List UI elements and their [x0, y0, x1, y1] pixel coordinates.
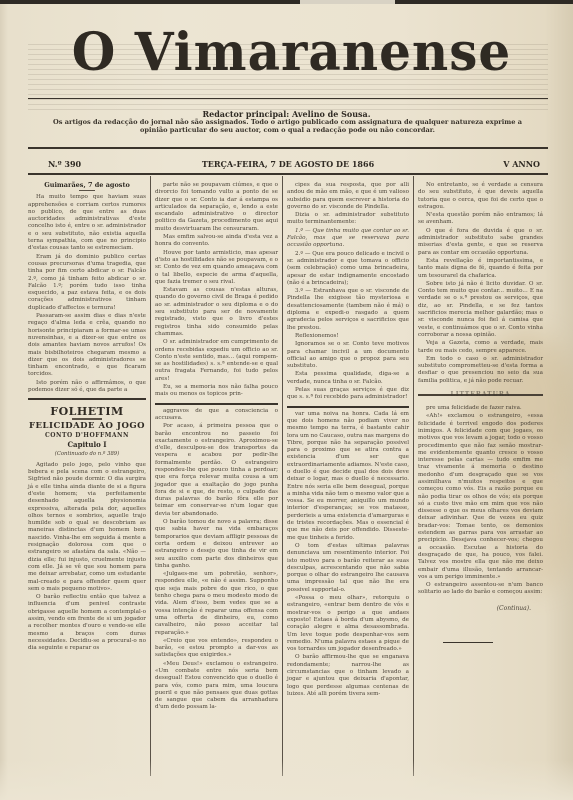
dateline-bottom-rule: [28, 173, 548, 175]
folhetim-rule: [28, 398, 146, 400]
story-paragraph: pre uma felicidade de fazer raiva.: [418, 405, 543, 412]
article-paragraph: cipes da sua resposta, que por alli ando…: [287, 182, 409, 211]
heading-dash: [79, 190, 95, 191]
masthead-rule: [28, 98, 548, 99]
article-paragraph: Esta revellação é importantissima, e tan…: [418, 258, 543, 280]
story-paragraph: «Ah!» exclamou o estrangeiro, «essa feli…: [418, 413, 543, 581]
column-divider: [150, 176, 151, 776]
story-paragraph: O barão tomou de novo a palavra; disse q…: [155, 519, 278, 570]
column-3: cipes da sua resposta, que por alli ando…: [287, 182, 409, 699]
article-paragraph: Reflexionemos!: [287, 333, 409, 340]
article-paragraph: Isto porém não o affirmâmos, o que podem…: [28, 380, 146, 395]
article-paragraph: Esta pessima qualidade, diga-se a verdad…: [287, 371, 409, 386]
story-paragraph: O barão affirmou-lhe que se enganava red…: [287, 654, 409, 698]
dateline-top-rule: [28, 147, 548, 149]
story-paragraph: var uma noiva na honra. Cada lá em que d…: [287, 411, 409, 542]
dateline: N.º 390 TERÇA-FEIRA, 7 DE AGOSTO DE 1866…: [28, 159, 548, 171]
article-paragraph: Ha muito tempo que haviam suas apprehens…: [28, 194, 146, 252]
bottom-margin: [0, 760, 573, 800]
story-paragraph: aggravos de que a consciencia o accusava…: [155, 408, 278, 423]
issue-year: V ANNO: [503, 159, 540, 169]
story-subtitle: CONTO D'HOFFMANN: [28, 432, 146, 439]
article-paragraph: 3.º — Estranhava que o sr. visconde de P…: [287, 288, 409, 332]
article-paragraph: N'esta questão porém não entramos; lá se…: [418, 212, 543, 227]
story-title: FELICIDADE AO JOGO: [28, 423, 146, 430]
article-paragraph: 2.º — Que era pouco delicado e incivil o…: [287, 251, 409, 287]
article-paragraph: Eu, se a memoria nos não falha pouco mai…: [155, 384, 278, 399]
article-paragraph: No entretanto, se é verdade a censura do…: [418, 182, 543, 211]
column-divider: [282, 176, 283, 776]
article-paragraph: Houve por tanto armisticio, mas apesar d…: [155, 250, 278, 286]
folhetim-rule: [155, 403, 278, 405]
column-4: No entretanto, se é verdade a censura do…: [418, 182, 543, 643]
scan-top-edge: [0, 0, 573, 4]
article-paragraph: Ignoramos se o sr. Conto teve motivos pa…: [287, 341, 409, 370]
article-paragraph: Estavam as cousas n'estas alturas, quand…: [155, 287, 278, 338]
article-paragraph: Pelas suas graças serviços é que diz que…: [287, 387, 409, 402]
story-paragraph: Agitado pelo jogo, pelo vinho que bebera…: [28, 462, 146, 593]
article-paragraph: O que é fora de duvida é que o sr. admin…: [418, 228, 543, 257]
article-paragraph: Em todo o caso o sr. administrador subst…: [418, 356, 543, 385]
story-paragraph: «Julgaes-me um pobretão, senhor», respon…: [155, 571, 278, 637]
column-2: parte não se poupavam ciúmes, e que o di…: [155, 182, 278, 713]
editorial-notice: Os artigos da redacção do jornal não são…: [40, 118, 535, 134]
continua-note: (Continua).: [418, 605, 543, 612]
newspaper-title: O Vimaranense: [10, 21, 573, 84]
column-1: Guimarães, 7 de agosto Ha muito tempo qu…: [28, 182, 146, 654]
story-paragraph: «Creio que vos entendo», respondeu o bar…: [155, 638, 278, 660]
newspaper-page: O Vimaranense Redactor principal: Avelin…: [0, 0, 573, 800]
article-paragraph: Dizia o sr. administrador substituto mui…: [287, 212, 409, 227]
issue-date: TERÇA-FEIRA, 7 DE AGOSTO DE 1866: [28, 159, 548, 169]
story-paragraph: O estrangeiro assentou-se n'um banco sol…: [418, 582, 543, 597]
article-paragraph: Sobre isto já não é licito duvidar. O sr…: [418, 281, 543, 339]
story-paragraph: O tom d'estas ultimas palavras denunciav…: [287, 543, 409, 594]
column-divider: [413, 176, 414, 776]
section-heading: Guimarães, 7 de agosto: [28, 182, 146, 189]
story-paragraph: O barão reflectiu então que talvez a inf…: [28, 594, 146, 652]
story-paragraph: Por acaso, á primeira pessoa que o barão…: [155, 423, 278, 518]
article-paragraph: Mas emfim salvou-se ainda d'esta vez a h…: [155, 234, 278, 249]
folhetim-label: FOLHETIM: [28, 408, 146, 415]
smudged-section-heading: LITTERATURA: [418, 391, 543, 401]
continuation-note: (Continuado do n.º 389): [28, 451, 146, 458]
chapter-title: Capitulo I: [28, 441, 146, 448]
article-paragraph: Eram já do dominio publico certas cousas…: [28, 254, 146, 312]
article-paragraph: 1.º — Que tinha muito que contar ao sr. …: [287, 228, 409, 250]
article-paragraph: Passaram-se assim dias e dias n'este reg…: [28, 313, 146, 379]
story-paragraph: «Possa o meu olhar», retorquiu o estrang…: [287, 595, 409, 653]
article-paragraph: O sr. administrador em cumprimento de or…: [155, 339, 278, 383]
article-paragraph: parte não se poupavam ciúmes, e que o di…: [155, 182, 278, 233]
story-paragraph: «Meu Deus!» exclamou o estrangeiro. «Um …: [155, 661, 278, 712]
masthead: O Vimaranense: [0, 22, 573, 82]
end-rule: [443, 642, 493, 643]
folhetim-rule: [287, 406, 409, 408]
article-paragraph: Veja a Gazeta, como a verdade, mais tard…: [418, 340, 543, 355]
